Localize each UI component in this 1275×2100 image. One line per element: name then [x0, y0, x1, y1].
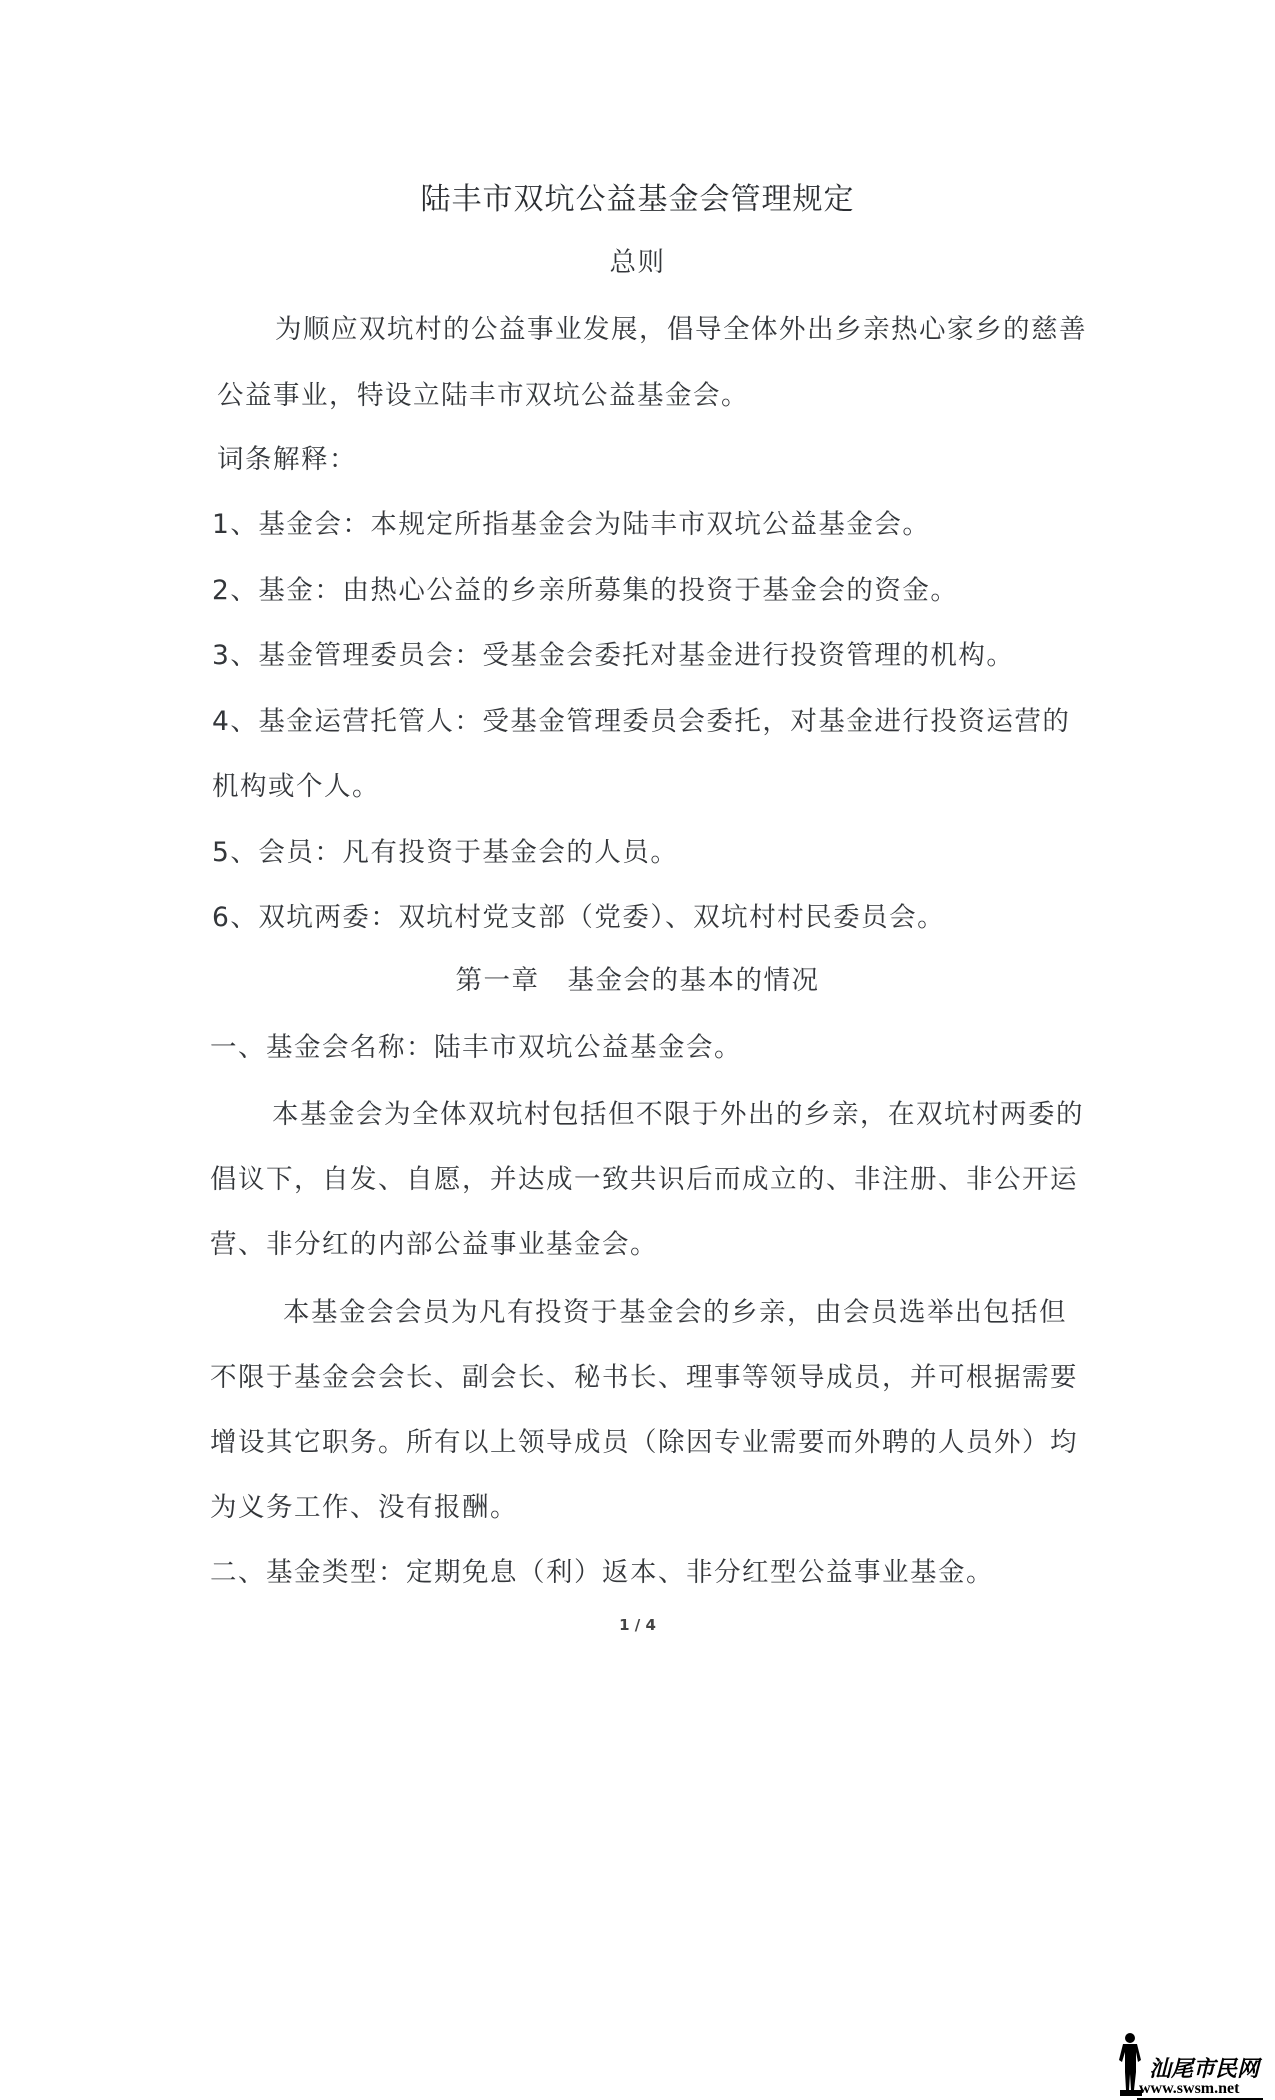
chapter-1-para-1-line-2: 倡议下，自发、自愿，并达成一致共识后而成立的、非注册、非公开运 — [210, 1157, 1078, 1196]
chapter-1-item-2: 二、基金类型：定期免息（利）返本、非分红型公益事业基金。 — [210, 1550, 994, 1589]
chapter-1-para-2-line-3: 增设其它职务。所有以上领导成员（除因专业需要而外聘的人员外）均 — [210, 1420, 1078, 1459]
document-title: 陆丰市双坑公益基金会管理规定 — [0, 174, 1275, 218]
site-watermark: 汕尾市民网 www.swsm.net — [1117, 2030, 1267, 2100]
chapter-1-item-1: 一、基金会名称：陆丰市双坑公益基金会。 — [210, 1025, 742, 1064]
chapter-1-para-1-line-3: 营、非分红的内部公益事业基金会。 — [210, 1222, 658, 1261]
definition-item-4-cont: 机构或个人。 — [212, 764, 380, 803]
definition-item-4: 4、基金运营托管人：受基金管理委员会委托，对基金进行投资运营的 — [212, 699, 1070, 738]
chapter-1-para-2-line-4: 为义务工作、没有报酬。 — [210, 1485, 518, 1524]
general-provisions-heading: 总则 — [0, 240, 1275, 279]
definition-item-6: 6、双坑两委：双坑村党支部（党委）、双坑村村民委员会。 — [212, 895, 945, 934]
chapter-1-para-2-line-2: 不限于基金会会长、副会长、秘书长、理事等领导成员，并可根据需要 — [210, 1355, 1078, 1394]
definition-item-3: 3、基金管理委员会：受基金会委托对基金进行投资管理的机构。 — [212, 633, 1014, 672]
watermark-site-name: 汕尾市民网 — [1149, 2052, 1259, 2083]
page-number: 1 / 4 — [0, 1616, 1275, 1634]
chapter-1-para-2-line-1: 本基金会会员为凡有投资于基金会的乡亲，由会员选举出包括但 — [283, 1290, 1067, 1329]
watermark-url: www.swsm.net — [1139, 2080, 1239, 2098]
document-page: 陆丰市双坑公益基金会管理规定 总则 为顺应双坑村的公益事业发展，倡导全体外出乡亲… — [0, 0, 1275, 2100]
definition-item-1: 1、基金会：本规定所指基金会为陆丰市双坑公益基金会。 — [212, 502, 930, 541]
chapter-1-heading: 第一章 基金会的基本的情况 — [0, 958, 1275, 997]
intro-line-2: 公益事业，特设立陆丰市双坑公益基金会。 — [217, 373, 749, 412]
definition-item-5: 5、会员：凡有投资于基金会的人员。 — [212, 830, 678, 869]
definition-item-2: 2、基金：由热心公益的乡亲所募集的投资于基金会的资金。 — [212, 568, 958, 607]
definitions-heading: 词条解释： — [217, 437, 357, 476]
intro-line-1: 为顺应双坑村的公益事业发展，倡导全体外出乡亲热心家乡的慈善 — [275, 307, 1087, 346]
chapter-1-para-1-line-1: 本基金会为全体双坑村包括但不限于外出的乡亲，在双坑村两委的 — [272, 1092, 1084, 1131]
